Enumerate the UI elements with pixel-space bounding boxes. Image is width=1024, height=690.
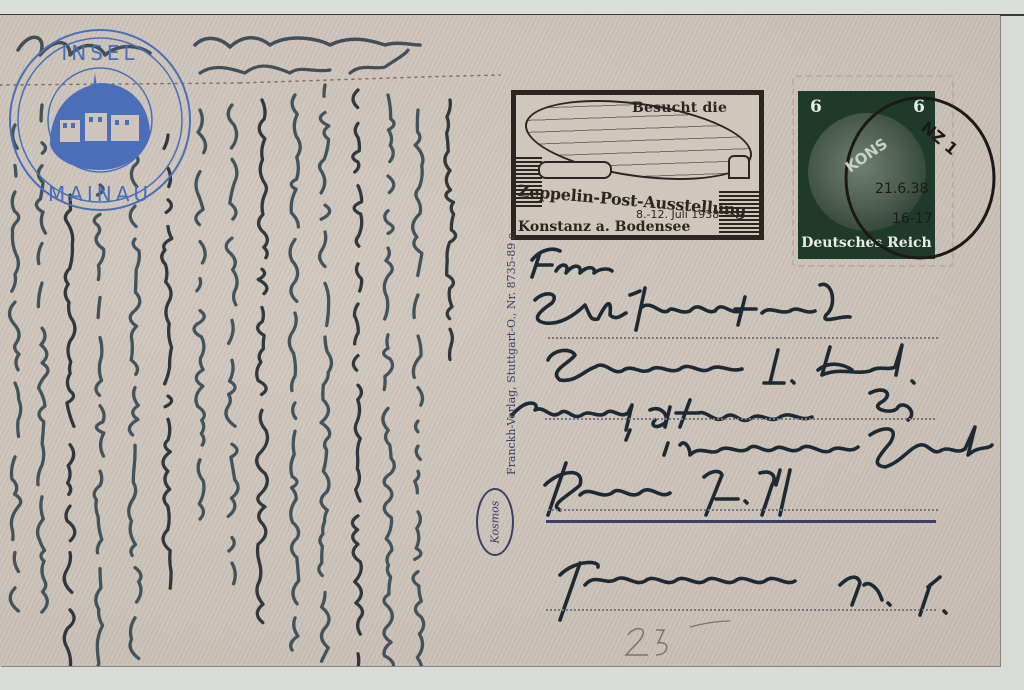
address-line-4 bbox=[546, 609, 936, 611]
cachet-seal: INSEL MAINAU bbox=[5, 25, 195, 215]
svg-text:MAINAU: MAINAU bbox=[48, 182, 152, 206]
svg-text:NZ 1: NZ 1 bbox=[917, 118, 961, 159]
slogan-headline: Besucht die bbox=[632, 100, 727, 116]
postcard: INSEL MAINAU Besucht die Zeppelin-Post-A… bbox=[0, 15, 1000, 666]
scanner-background bbox=[0, 0, 1024, 16]
svg-text:INSEL: INSEL bbox=[61, 41, 138, 65]
slogan-cancel: Besucht die Zeppelin-Post-Ausstellung 8.… bbox=[511, 90, 764, 240]
svg-text:21.6.38: 21.6.38 bbox=[875, 181, 928, 197]
address-underline bbox=[546, 520, 936, 523]
address-line-3 bbox=[548, 509, 938, 511]
svg-text:KONS: KONS bbox=[842, 135, 891, 177]
address-line-1 bbox=[548, 337, 938, 339]
svg-text:16-17: 16-17 bbox=[892, 211, 933, 227]
postmark: KONS NZ 1 21.6.38 16-17 bbox=[810, 93, 1000, 263]
castle-icon bbox=[50, 73, 150, 170]
slogan-place: Konstanz a. Bodensee bbox=[518, 219, 690, 235]
publisher-imprint: Franckh-Verlag, Stuttgart-O., Nr. 8735-8… bbox=[505, 230, 518, 475]
kosmos-logo: Kosmos bbox=[476, 488, 514, 556]
